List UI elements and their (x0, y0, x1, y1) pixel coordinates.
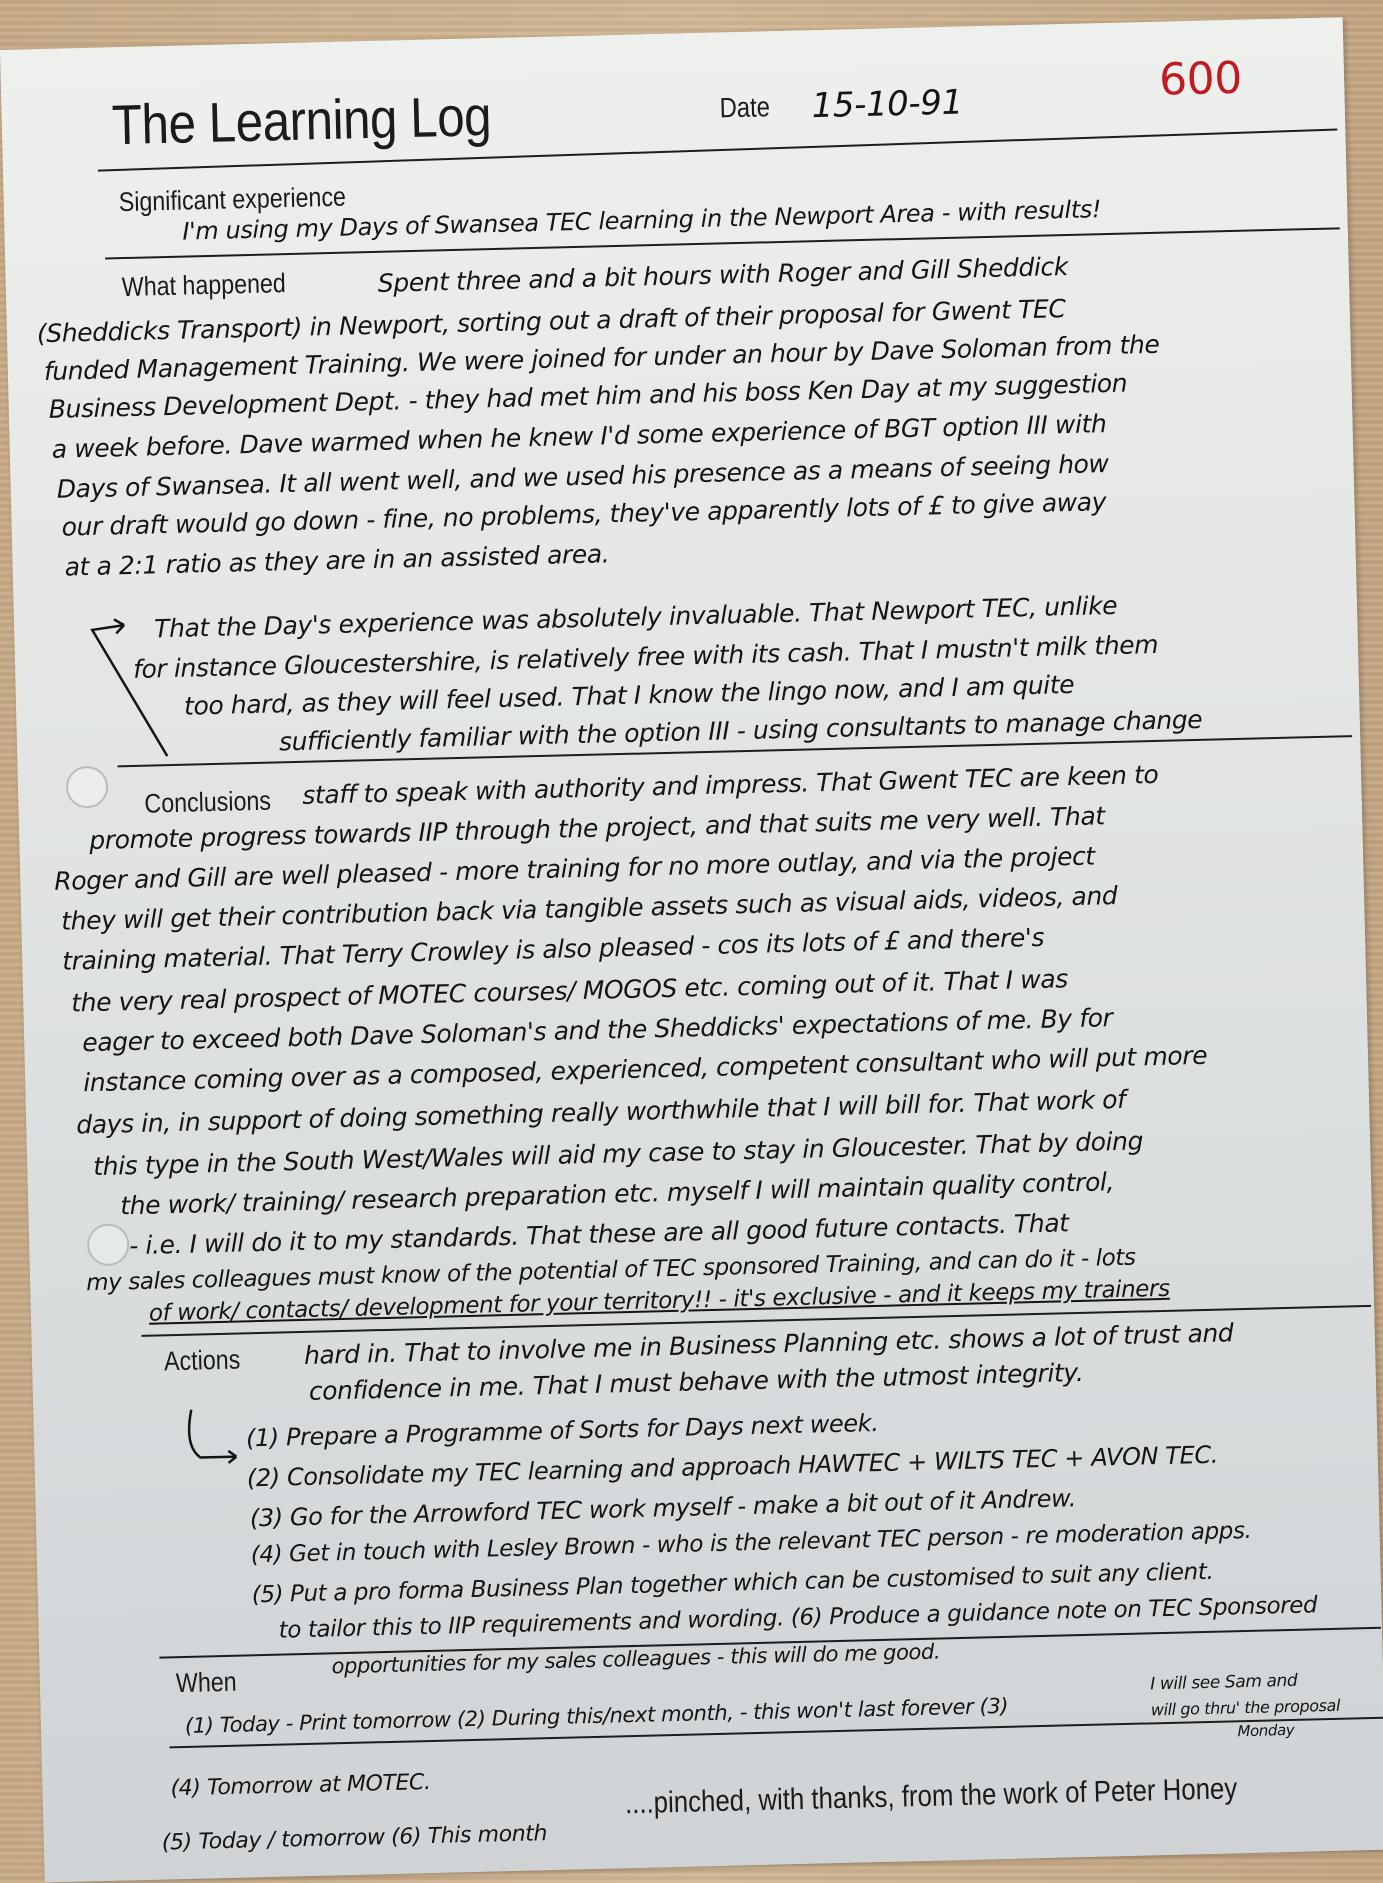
action-number: (1) (246, 1423, 287, 1452)
action-item-6: (6) Produce a guidance note on TEC Spons… (791, 1592, 1318, 1631)
actions-label: Actions (164, 1345, 241, 1378)
action-number: (3) (250, 1503, 291, 1532)
what-happened-line: Spent three and a bit hours with Roger a… (377, 252, 1068, 298)
actions-intro-line: hard in. That to involve me in Business … (304, 1318, 1234, 1370)
action-number: (2) (247, 1463, 288, 1492)
what-happened-label: What happened (121, 268, 286, 303)
punch-hole (66, 766, 109, 809)
when-line-2: (4) Tomorrow at MOTEC. (170, 1770, 431, 1801)
action-number: (4) (251, 1541, 290, 1568)
when-note-bottom: Monday (1237, 1721, 1294, 1740)
attribution-text: ....pinched, with thanks, from the work … (625, 1772, 1238, 1821)
when-note-top: I will see Sam and (1150, 1671, 1297, 1695)
form-title: The Learning Log (111, 83, 492, 157)
bent-arrow-icon (181, 1404, 253, 1476)
date-value: 15-10-91 (811, 83, 963, 127)
learning-log-sheet: The Learning Log Date 15-10-91 600 Signi… (0, 17, 1383, 1882)
punch-hole (87, 1223, 130, 1266)
reference-number: 600 (1158, 53, 1242, 106)
when-label: When (176, 1667, 237, 1699)
when-line-3: (5) Today / tomorrow (6) This month (162, 1821, 548, 1855)
action-item: (1) Prepare a Programme of Sorts for Day… (246, 1409, 879, 1452)
significant-experience-label: Significant experience (118, 182, 346, 219)
date-label: Date (719, 91, 770, 124)
conclusions-label: Conclusions (144, 786, 271, 820)
action-number: (5) (252, 1581, 291, 1608)
what-happened-line: at a 2:1 ratio as they are in an assiste… (64, 539, 609, 581)
when-line-1: (1) Today - Print tomorrow (2) During th… (185, 1694, 1009, 1738)
when-note-mid: will go thru' the proposal (1151, 1696, 1341, 1720)
